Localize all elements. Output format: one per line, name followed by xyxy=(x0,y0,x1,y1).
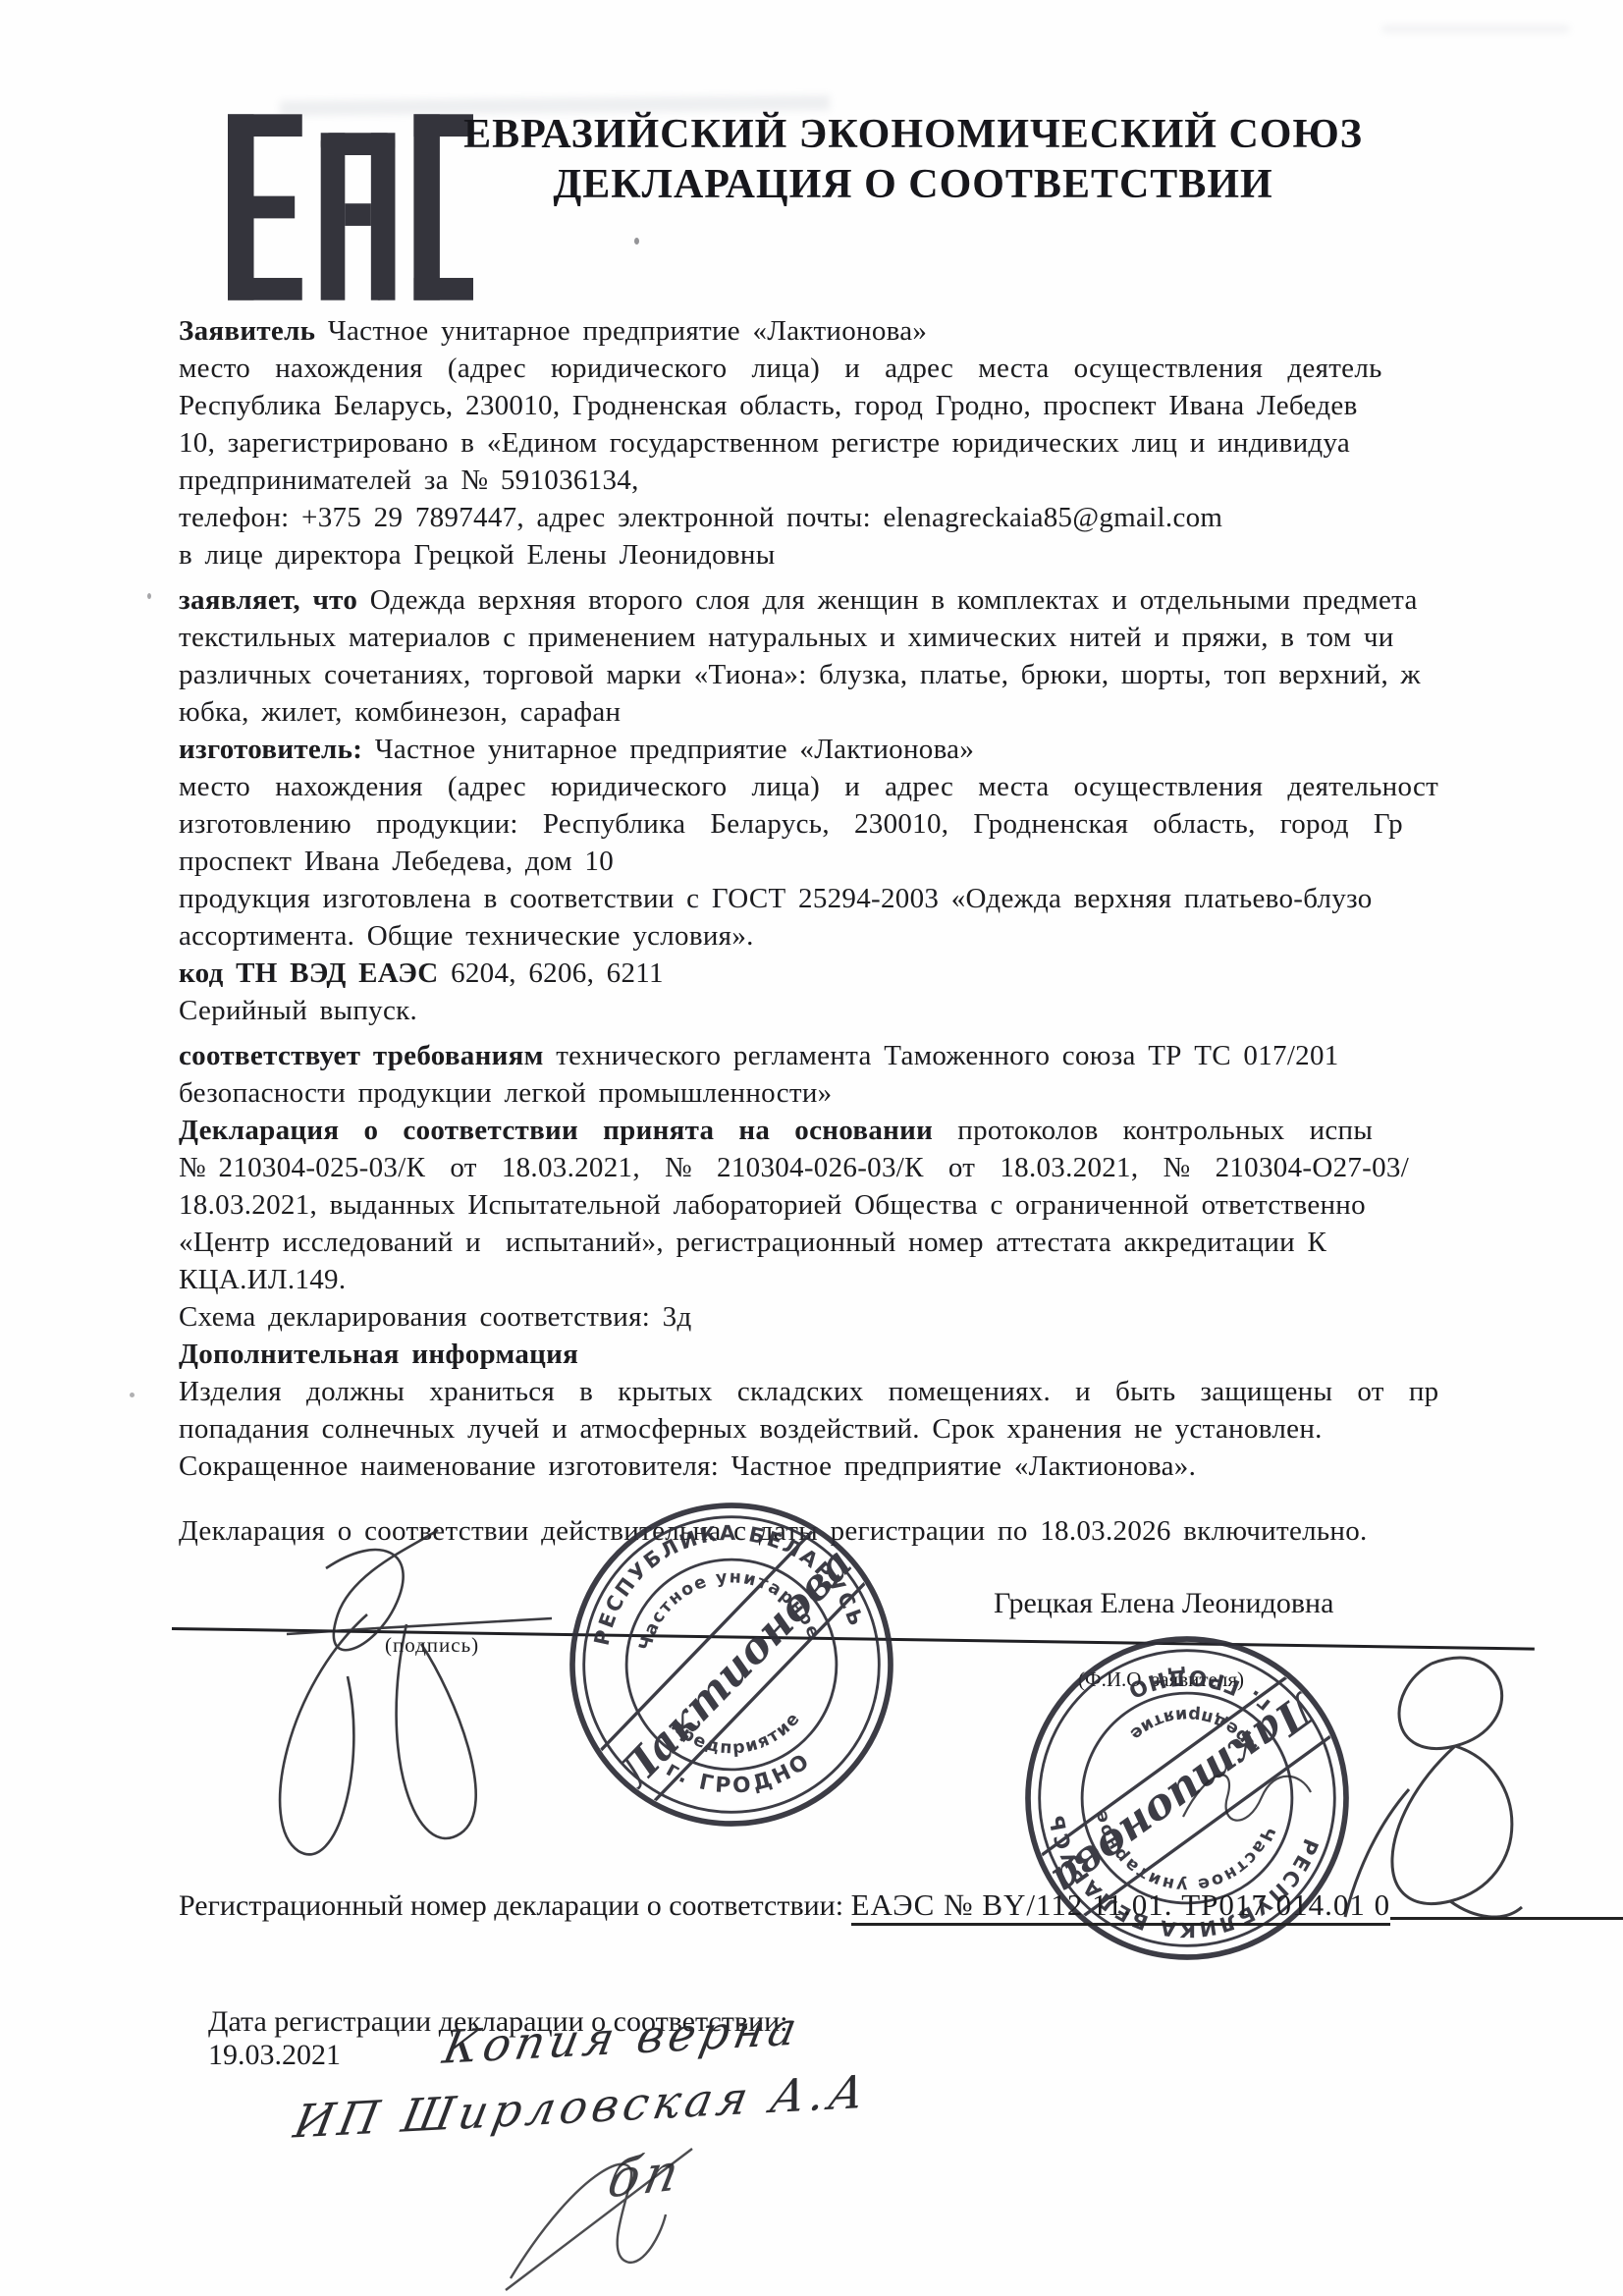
text-line: Декларация о соответствии принята на осн… xyxy=(179,1112,1623,1149)
text-line: Республика Беларусь, 230010, Гродненская… xyxy=(179,387,1623,424)
text-line: проспект Ивана Лебедева, дом 10 xyxy=(179,843,1623,880)
text-line: код ТН ВЭД ЕАЭС 6204, 6206, 6211 xyxy=(179,955,1623,992)
bold-lead: Дополнительная информация xyxy=(179,1339,578,1370)
text-line: соответствует требованиям технического р… xyxy=(179,1037,1623,1074)
text-line: КЦА.ИЛ.149. xyxy=(179,1261,1623,1298)
line-text: КЦА.ИЛ.149. xyxy=(179,1264,346,1295)
applicant-name: Грецкая Елена Леонидовна xyxy=(994,1587,1333,1620)
line-text: место нахождения (адрес юридического лиц… xyxy=(179,771,1438,802)
paragraph-gost: продукция изготовлена в соответствии с Г… xyxy=(179,880,1623,955)
text-line: телефон: +375 29 7897447, адрес электрон… xyxy=(179,499,1623,536)
text-line: Схема декларирования соответствия: 3д xyxy=(179,1298,1623,1336)
line-text: № 210304-025-03/К от 18.03.2021, № 21030… xyxy=(179,1152,1409,1183)
handwritten-initials xyxy=(1168,1738,1325,1846)
line-text: Частное унитарное предприятие «Лактионов… xyxy=(315,315,927,347)
line-text: «Центр исследований и испытаний», регист… xyxy=(179,1227,1326,1258)
line-text: предпринимателей за № 591036134, xyxy=(179,465,639,496)
line-text: Серийный выпуск. xyxy=(179,995,417,1026)
line-text: место нахождения (адрес юридического лиц… xyxy=(179,353,1382,384)
text-line: различных сочетаниях, торговой марки «Ти… xyxy=(179,656,1623,693)
line-text: попадания солнечных лучей и атмосферных … xyxy=(179,1413,1323,1445)
title-line-2: ДЕКЛАРАЦИЯ О СООТВЕТСТВИИ xyxy=(353,160,1473,210)
line-text: продукция изготовлена в соответствии с Г… xyxy=(179,883,1373,914)
line-text: 18.03.2021, выданных Испытательной лабор… xyxy=(179,1189,1366,1221)
paragraph-applicant: Заявитель Частное унитарное предприятие … xyxy=(179,312,1623,574)
line-text: Изделия должны храниться в крытых складс… xyxy=(179,1376,1438,1407)
text-line: 18.03.2021, выданных Испытательной лабор… xyxy=(179,1186,1623,1224)
text-line: Заявитель Частное унитарное предприятие … xyxy=(179,312,1623,350)
registration-number-value: ЕАЭС № BY/112 11.01. ТР017 014.01 0 xyxy=(851,1887,1391,1926)
text-line: № 210304-025-03/К от 18.03.2021, № 21030… xyxy=(179,1149,1623,1186)
title-line-1: ЕВРАЗИЙСКИЙ ЭКОНОМИЧЕСКИЙ СОЮЗ xyxy=(353,110,1473,160)
text-line: продукция изготовлена в соответствии с Г… xyxy=(179,880,1623,917)
paragraph-declares: заявляет, что Одежда верхняя второго сло… xyxy=(179,581,1623,731)
bold-lead: код ТН ВЭД ЕАЭС xyxy=(179,957,439,989)
line-text: протоколов контрольных испы xyxy=(933,1115,1373,1146)
text-line: заявляет, что Одежда верхняя второго сло… xyxy=(179,581,1623,619)
registration-number-line: Регистрационный номер декларации о соотв… xyxy=(179,1887,1623,1926)
bold-lead: Заявитель xyxy=(179,315,315,347)
paragraph-serial: Серийный выпуск. xyxy=(179,992,1623,1029)
text-line: юбка, жилет, комбинезон, сарафан xyxy=(179,693,1623,731)
text-line: попадания солнечных лучей и атмосферных … xyxy=(179,1410,1623,1448)
registration-number-label: Регистрационный номер декларации о соотв… xyxy=(179,1889,851,1923)
text-line: Сокращенное наименование изготовителя: Ч… xyxy=(179,1448,1623,1485)
paragraph-manufacturer: изготовитель: Частное унитарное предприя… xyxy=(179,731,1623,880)
scan-speck xyxy=(147,593,151,599)
text-line: в лице директора Грецкой Елены Леонидовн… xyxy=(179,536,1623,574)
text-line: «Центр исследований и испытаний», регист… xyxy=(179,1224,1623,1261)
text-line: ассортимента. Общие технические условия»… xyxy=(179,917,1623,955)
line-text: ассортимента. Общие технические условия»… xyxy=(179,920,754,952)
scan-speck xyxy=(130,1393,135,1397)
text-line: место нахождения (адрес юридического лиц… xyxy=(179,350,1623,387)
line-text: изготовлению продукции: Республика Белар… xyxy=(179,808,1403,840)
document-page: ЕВРАЗИЙСКИЙ ЭКОНОМИЧЕСКИЙ СОЮЗ ДЕКЛАРАЦИ… xyxy=(0,0,1623,2296)
document-body: Заявитель Частное унитарное предприятие … xyxy=(179,312,1623,1550)
scan-smudge xyxy=(1382,26,1569,32)
paragraph-tnved-code: код ТН ВЭД ЕАЭС 6204, 6206, 6211 xyxy=(179,955,1623,992)
line-text: Одежда верхняя второго слоя для женщин в… xyxy=(357,584,1418,616)
company-stamp: «Лактионова» РЕСПУБЛИКА БЕЛАРУСЬ Частное… xyxy=(557,1490,906,1839)
paragraph-complies: соответствует требованиям технического р… xyxy=(179,1037,1623,1112)
handwritten-flourish xyxy=(491,2121,825,2296)
paragraph-scheme: Схема декларирования соответствия: 3д xyxy=(179,1298,1623,1336)
document-title: ЕВРАЗИЙСКИЙ ЭКОНОМИЧЕСКИЙ СОЮЗ ДЕКЛАРАЦИ… xyxy=(353,110,1473,210)
bold-lead: Декларация о соответствии принята на осн… xyxy=(179,1115,933,1146)
line-text: Частное унитарное предприятие «Лактионов… xyxy=(362,734,974,765)
stamp-graphic: «Лактионова» РЕСПУБЛИКА БЕЛАРУСЬ Частное… xyxy=(557,1490,906,1839)
text-line: текстильных материалов с применением нат… xyxy=(179,619,1623,656)
text-line: предпринимателей за № 591036134, xyxy=(179,462,1623,499)
bold-lead: соответствует требованиям xyxy=(179,1040,544,1071)
text-line: место нахождения (адрес юридического лиц… xyxy=(179,768,1623,805)
line-text: 10, зарегистрировано в «Едином государст… xyxy=(179,427,1350,459)
text-line: Серийный выпуск. xyxy=(179,992,1623,1029)
paragraph-basis: Декларация о соответствии принята на осн… xyxy=(179,1112,1623,1298)
line-text: технического регламента Таможенного союз… xyxy=(544,1040,1339,1071)
bold-lead: изготовитель: xyxy=(179,734,362,765)
underline-extension xyxy=(1390,1916,1623,1920)
line-text: 6204, 6206, 6211 xyxy=(439,957,664,989)
text-line: 10, зарегистрировано в «Едином государст… xyxy=(179,424,1623,462)
line-text: Республика Беларусь, 230010, Гродненская… xyxy=(179,390,1358,421)
line-text: текстильных материалов с применением нат… xyxy=(179,622,1394,653)
line-text: различных сочетаниях, торговой марки «Ти… xyxy=(179,659,1421,690)
registration-date-value: 19.03.2021 xyxy=(208,2039,341,2071)
handwritten-signature-left xyxy=(228,1524,562,1907)
line-text: Схема декларирования соответствия: 3д xyxy=(179,1301,692,1333)
line-text: Сокращенное наименование изготовителя: Ч… xyxy=(179,1450,1196,1482)
paragraph-additional-info: Дополнительная информацияИзделия должны … xyxy=(179,1336,1623,1485)
scan-speck xyxy=(634,238,639,245)
text-line: изготовитель: Частное унитарное предприя… xyxy=(179,731,1623,768)
line-text: телефон: +375 29 7897447, адрес электрон… xyxy=(179,502,1222,533)
line-text: в лице директора Грецкой Елены Леонидовн… xyxy=(179,539,776,571)
line-text: проспект Ивана Лебедева, дом 10 xyxy=(179,846,614,877)
text-line: Изделия должны храниться в крытых складс… xyxy=(179,1373,1623,1410)
line-text: безопасности продукции легкой промышленн… xyxy=(179,1077,832,1109)
line-text: юбка, жилет, комбинезон, сарафан xyxy=(179,696,621,728)
text-line: безопасности продукции легкой промышленн… xyxy=(179,1074,1623,1112)
text-line: Дополнительная информация xyxy=(179,1336,1623,1373)
text-line: изготовлению продукции: Республика Белар… xyxy=(179,805,1623,843)
bold-lead: заявляет, что xyxy=(179,584,357,616)
